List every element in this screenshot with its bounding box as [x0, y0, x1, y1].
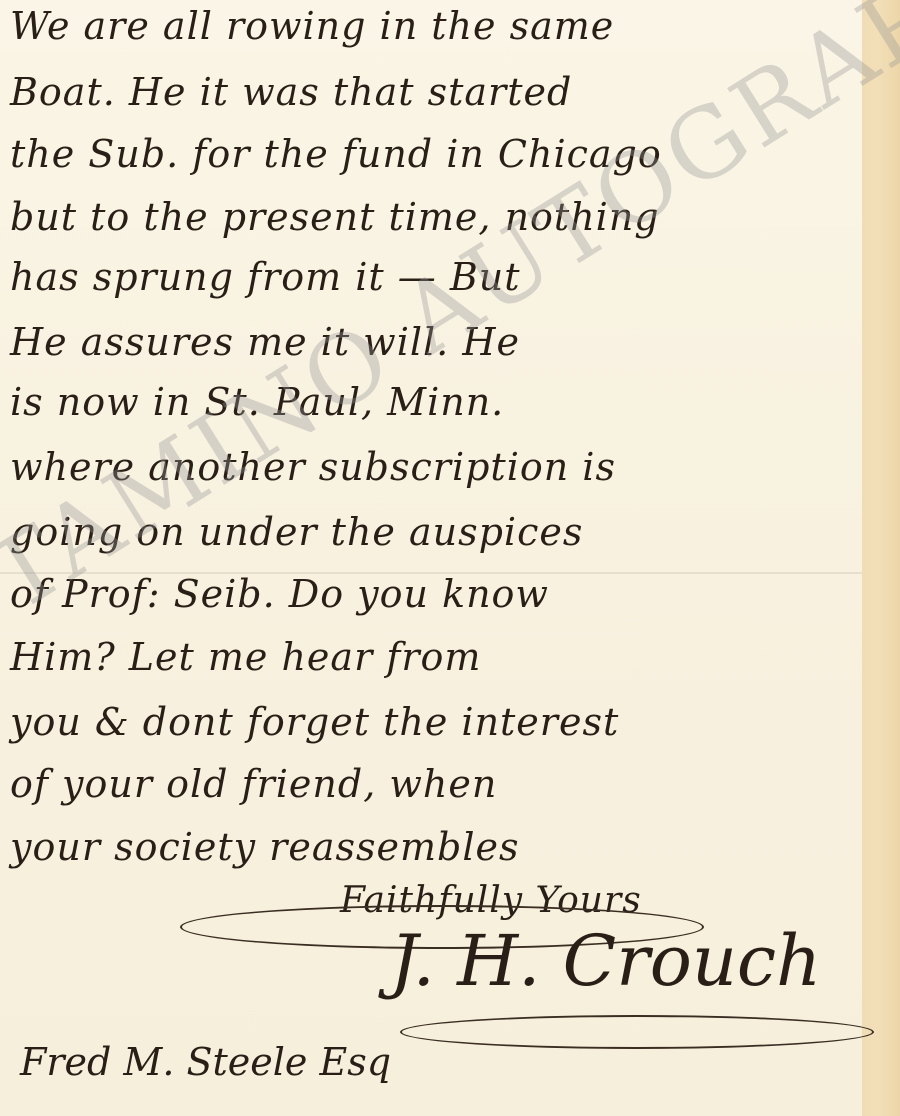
paper-edge-band [862, 0, 900, 1116]
letter-line-1: We are all rowing in the same [10, 4, 614, 48]
signature-flourish-lower [400, 1015, 874, 1049]
letter-line-2: Boat. He it was that started [10, 70, 572, 114]
letter-line-14: your society reassembles [10, 825, 519, 869]
letter-line-12: you & dont forget the interest [10, 700, 619, 744]
letter-line-13: of your old friend, when [10, 762, 497, 806]
addressee: Fred M. Steele Esq [20, 1040, 391, 1084]
letter-line-11: Him? Let me hear from [10, 635, 481, 679]
signature: J. H. Crouch [390, 920, 821, 1002]
